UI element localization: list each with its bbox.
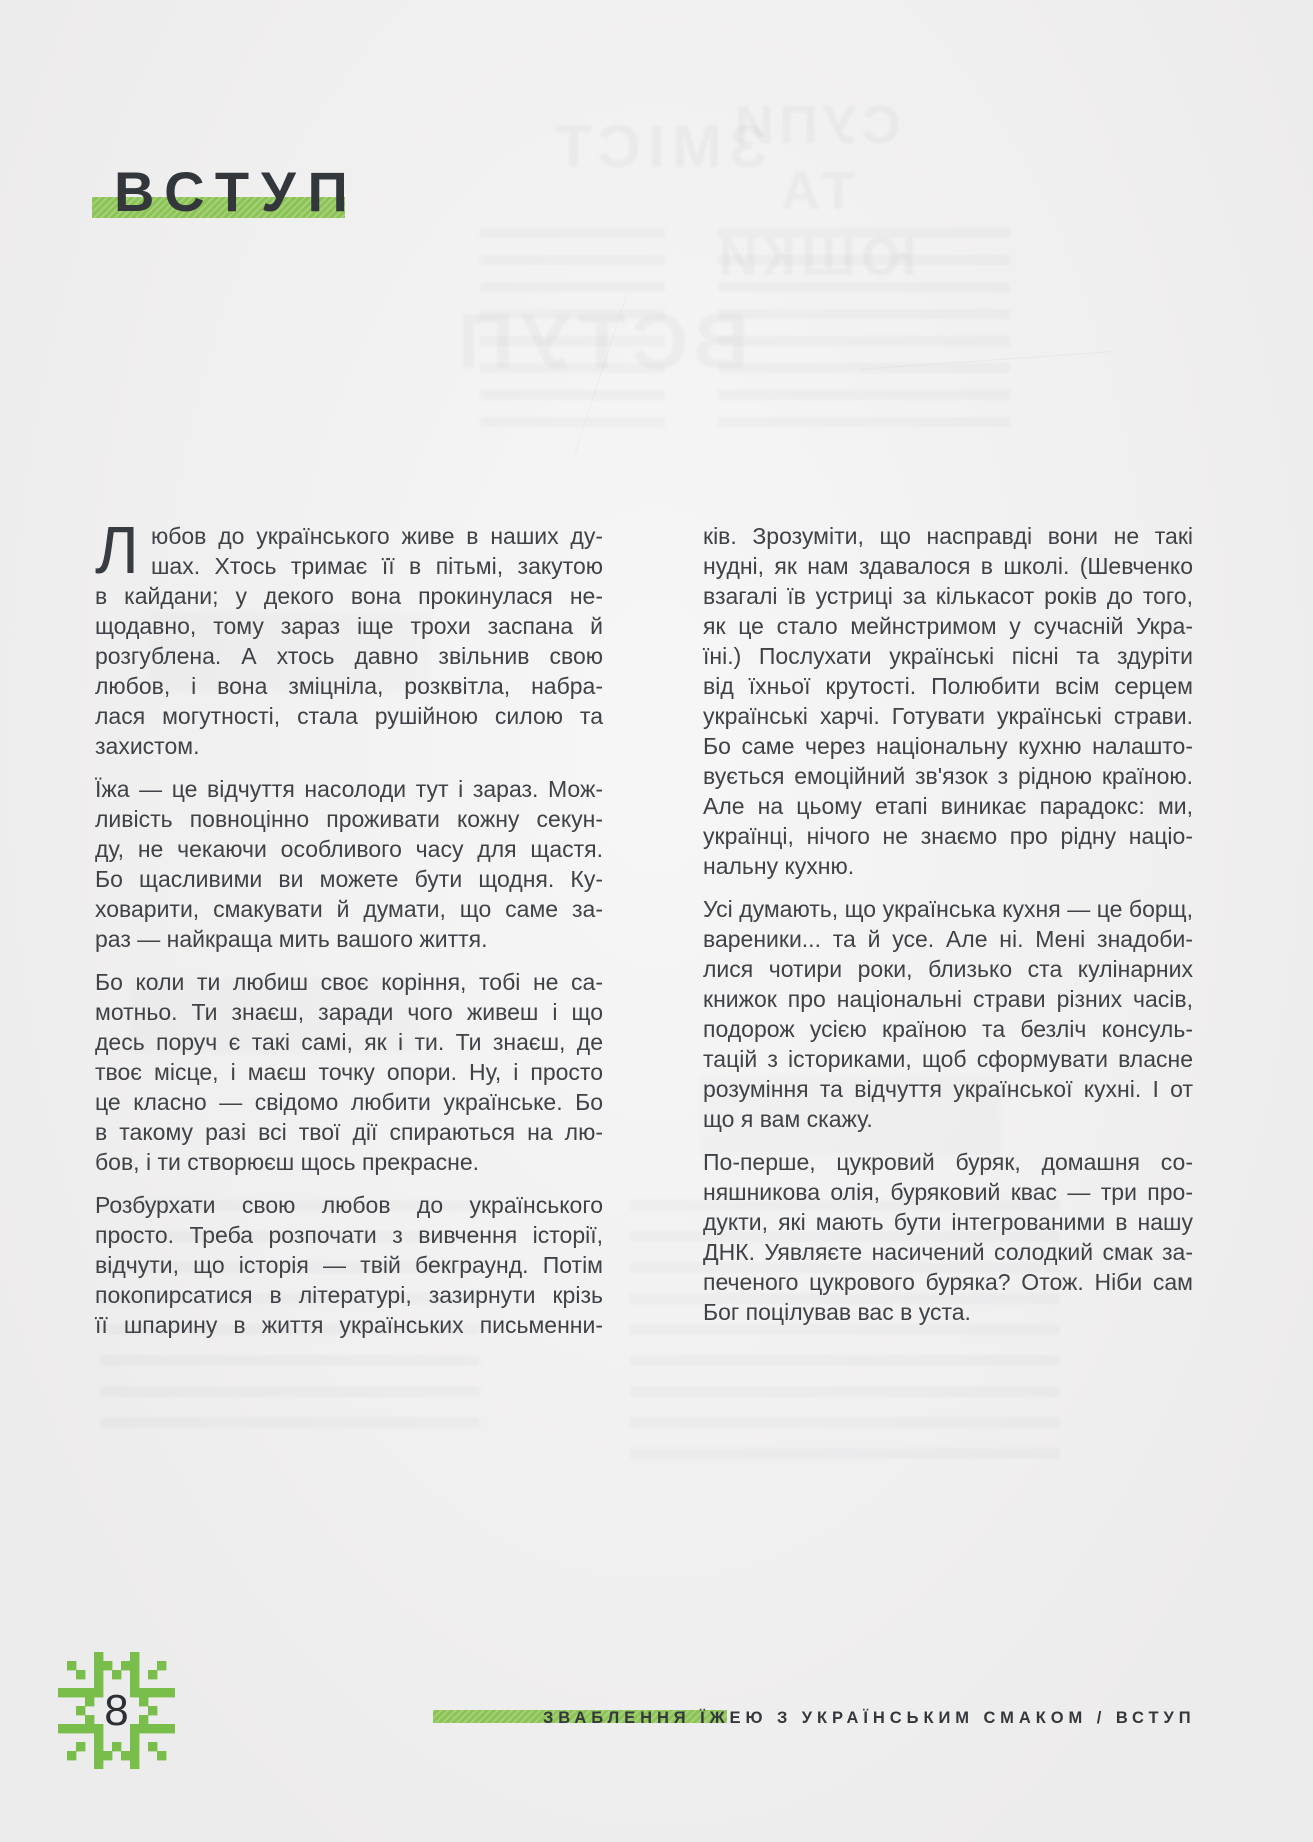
text-line: мотньо. Ти знаєш, заради чого живеш і що — [95, 997, 603, 1027]
text-line: юбов до українського живе в наших ду- — [95, 521, 603, 551]
text-line: твоє місце, і маєш точку опори. Ну, і пр… — [95, 1057, 603, 1087]
text-line: вареники... та й усе. Але ні. Мені знадо… — [703, 924, 1193, 954]
text-line: ків. Зрозуміти, що насправді вони не так… — [703, 521, 1193, 551]
intro-right-column: ків. Зрозуміти, що насправді вони не так… — [703, 521, 1193, 1340]
text-line: любов, і вона зміцніла, розквітла, набра… — [95, 671, 603, 701]
ghost-list-top-right — [718, 228, 1010, 433]
text-line: її шпарину в життя українських письменни… — [95, 1310, 603, 1340]
text-line: українці, нічого не знаємо про рідну нац… — [703, 821, 1193, 851]
text-line: лася могутності, стала рушійною силою та — [95, 701, 603, 731]
text-line: печеного цукрового буряка? Отож. Ніби са… — [703, 1267, 1193, 1297]
text-line: це класно — свідомо любити українське. Б… — [95, 1087, 603, 1117]
text-line: раз — найкраща мить вашого життя. — [95, 924, 603, 954]
text-line: Бо щасливими ви можете бути щодня. Ку- — [95, 864, 603, 894]
text-line: Бо коли ти любиш своє коріння, тобі не с… — [95, 967, 603, 997]
text-line: захистом. — [95, 731, 603, 761]
text-line: ливість повноцінно проживати кожну секун… — [95, 804, 603, 834]
text-line: покопирсатися в літературі, зазирнути кр… — [95, 1280, 603, 1310]
text-line: в кайдани; у декого вона прокинулася не- — [95, 581, 603, 611]
text-line: розуміння та відчуття української кухні.… — [703, 1074, 1193, 1104]
text-line: Їжа — це відчуття насолоди тут і зараз. … — [95, 774, 603, 804]
text-line: няшникова олія, буряковий квас — три про… — [703, 1177, 1193, 1207]
text-line: нальну кухню. — [703, 851, 1193, 881]
text-line: Бо саме через національну кухню налашто- — [703, 731, 1193, 761]
text-line: в такому разі всі твої дії спираються на… — [95, 1117, 603, 1147]
paragraph: Бо коли ти любиш своє коріння, тобі не с… — [95, 967, 603, 1177]
text-line: щодавно, тому зараз іще трохи заспана й — [95, 611, 603, 641]
text-line: просто. Треба розпочати з вивчення істор… — [95, 1220, 603, 1250]
text-line: бов, і ти створюєш щось прекрасне. — [95, 1147, 603, 1177]
text-line: подорож усією країною та безліч консуль- — [703, 1014, 1193, 1044]
text-line: як це стало мейнстримом у сучасній Укра- — [703, 611, 1193, 641]
text-line: що я вам скажу. — [703, 1104, 1193, 1134]
intro-text: Любов до українського живе в наших ду-ша… — [95, 521, 1193, 1340]
book-page: ЗМІСТ СУПИ ТА ЮШКИ ВСТУП ВСТУП Любов до … — [0, 0, 1313, 1842]
paragraph: ків. Зрозуміти, що насправді вони не так… — [703, 521, 1193, 881]
text-line: Але на цьому етапі виникає парадокс: ми, — [703, 791, 1193, 821]
text-line: десь поруч є такі самі, як і ти. Ти знає… — [95, 1027, 603, 1057]
text-line: По-перше, цукровий буряк, домашня со- — [703, 1147, 1193, 1177]
paragraph: Любов до українського живе в наших ду-ша… — [95, 521, 603, 761]
text-line: Бог поцілував вас в уста. — [703, 1297, 1193, 1327]
page-title: ВСТУП — [114, 164, 359, 220]
drop-cap: Л — [95, 524, 139, 578]
text-line: ховарити, смакувати й думати, що саме за… — [95, 894, 603, 924]
paragraph: Розбурхати свою любов до українськогопро… — [95, 1190, 603, 1340]
text-line: Розбурхати свою любов до українського — [95, 1190, 603, 1220]
text-line: лися чотири роки, близько ста кулінарних — [703, 954, 1193, 984]
text-line: тацій з істориками, щоб сформувати власн… — [703, 1044, 1193, 1074]
intro-left-column: Любов до українського живе в наших ду-ша… — [95, 521, 603, 1340]
vyshyvanka-ornament: 8 — [58, 1652, 175, 1769]
text-line: книжок про національні страви різних час… — [703, 984, 1193, 1014]
text-line: відчути, що історія — твій бекграунд. По… — [95, 1250, 603, 1280]
footer-text: ЗВАБЛЕННЯ ЇЖЕЮ З УКРАЇНСЬКИМ СМАКОМ / ВС… — [543, 1710, 1196, 1726]
text-line: взагалі їв устриці за кількасот років до… — [703, 581, 1193, 611]
text-line: ДНК. Уявляєте насичений солодкий смак за… — [703, 1237, 1193, 1267]
paragraph: По-перше, цукровий буряк, домашня со-няш… — [703, 1147, 1193, 1327]
text-line: Усі думають, що українська кухня — це бо… — [703, 894, 1193, 924]
paragraph: Усі думають, що українська кухня — це бо… — [703, 894, 1193, 1134]
text-line: ду, не чекаючи особливого часу для щастя… — [95, 834, 603, 864]
text-line: українські харчі. Готувати українські ст… — [703, 701, 1193, 731]
text-line: розгублена. А хтось давно звільнив свою — [95, 641, 603, 671]
ghost-list-top-left — [480, 228, 665, 428]
text-line: нудні, як нам здавалося в школі. (Шевчен… — [703, 551, 1193, 581]
paragraph: Їжа — це відчуття насолоди тут і зараз. … — [95, 774, 603, 954]
text-line: вується емоційний зв'язок з рідною країн… — [703, 761, 1193, 791]
text-line: від їхньої крутості. Полюбити всім серце… — [703, 671, 1193, 701]
page-number: 8 — [58, 1652, 175, 1769]
text-line: дукти, які мають бути інтегрованими в на… — [703, 1207, 1193, 1237]
text-line: шах. Хтось тримає її в пітьмі, закутою — [95, 551, 603, 581]
text-line: їні.) Послухати українські пісні та здур… — [703, 641, 1193, 671]
